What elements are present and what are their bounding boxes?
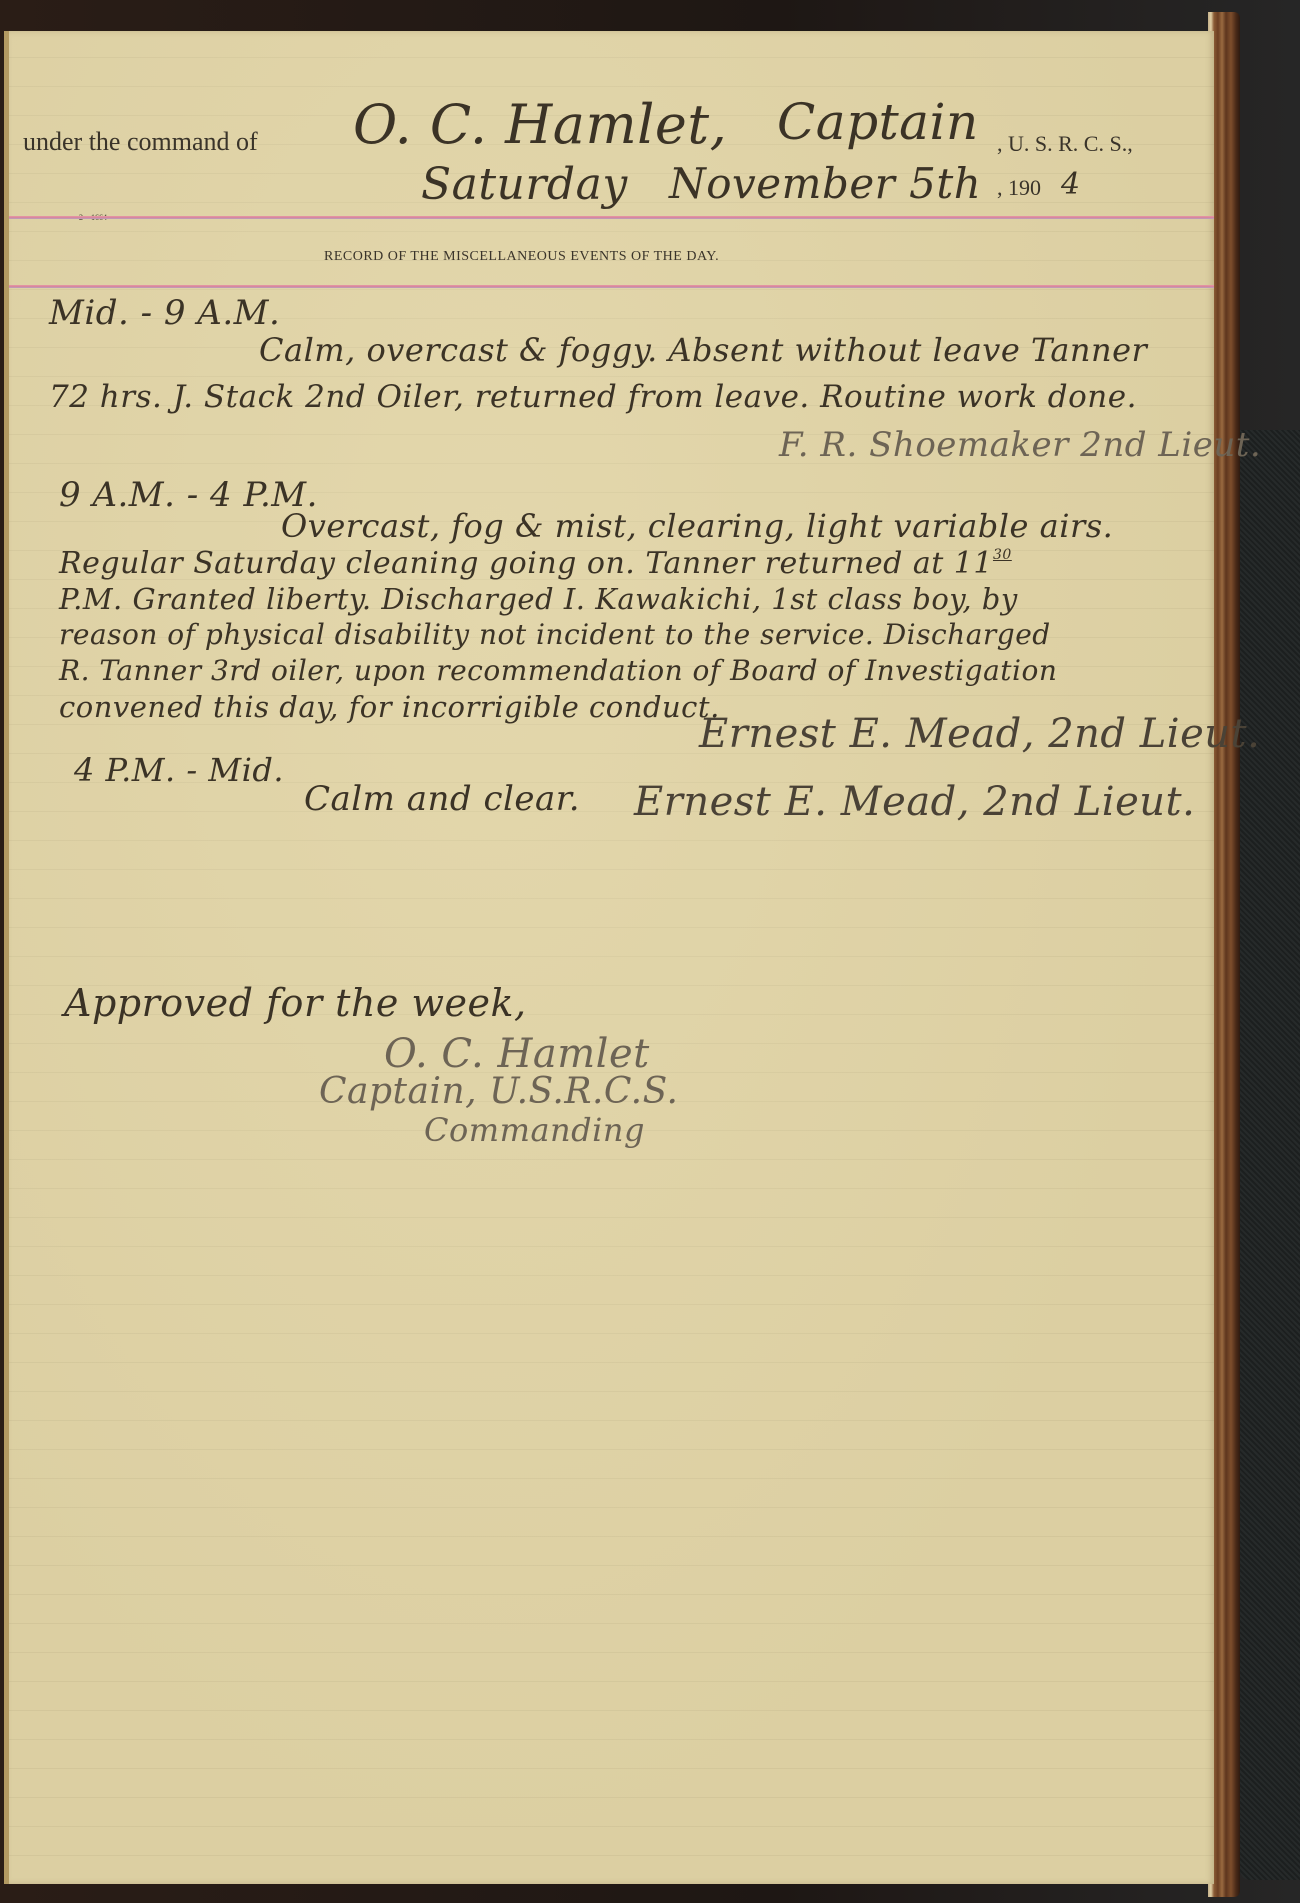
watch-line: P.M. Granted liberty. Discharged I. Kawa…: [59, 582, 1018, 616]
watch-line: R. Tanner 3rd oiler, upon recommendation…: [59, 654, 1057, 687]
header-prefix: under the command of: [23, 127, 258, 157]
watch-line: Regular Saturday cleaning going on. Tann…: [59, 546, 1012, 581]
watch-signature: Ernest E. Mead, 2nd Lieut.: [634, 779, 1195, 825]
watch-period: 9 A.M. - 4 P.M.: [59, 475, 318, 515]
watch-line: 72 hrs. J. Stack 2nd Oiler, returned fro…: [49, 379, 1137, 415]
watch-signature: Ernest E. Mead, 2nd Lieut.: [699, 711, 1260, 757]
approval-role: Commanding: [424, 1111, 645, 1149]
watch-line: convened this day, for incorrigible cond…: [59, 690, 720, 724]
approval-title: Captain, U.S.R.C.S.: [319, 1071, 678, 1112]
day-of-week: Saturday: [421, 159, 628, 210]
section-title: RECORD OF THE MISCELLANEOUS EVENTS OF TH…: [324, 249, 719, 265]
approval-text: Approved for the week,: [64, 981, 527, 1025]
logbook-page: under the command of O. C. Hamlet, Capta…: [4, 31, 1214, 1884]
year-prefix: , 190: [997, 175, 1041, 201]
watch-line: Calm and clear.: [304, 779, 580, 819]
service-suffix: , U. S. R. C. S.,: [997, 131, 1133, 157]
watch-line-text: Regular Saturday cleaning going on. Tann…: [59, 546, 993, 581]
watch-line: Overcast, fog & mist, clearing, light va…: [281, 507, 1113, 545]
cover-cloth: [1240, 430, 1300, 1880]
year-hand: 4: [1061, 167, 1081, 202]
section-rule: [9, 285, 1214, 288]
log-date: November 5th: [669, 159, 981, 208]
watch-line: Calm, overcast & foggy. Absent without l…: [259, 331, 1147, 369]
commander-name: O. C. Hamlet,: [353, 93, 727, 156]
watch-period: Mid. - 9 A.M.: [49, 293, 280, 333]
watch-line: reason of physical disability not incide…: [59, 618, 1051, 651]
watch-period: 4 P.M. - Mid.: [74, 751, 284, 789]
commander-rank: Captain: [777, 93, 979, 151]
watch-signature: F. R. Shoemaker 2nd Lieut.: [779, 425, 1261, 465]
time-superscript: 30: [993, 547, 1012, 563]
header-rule: [9, 216, 1214, 219]
